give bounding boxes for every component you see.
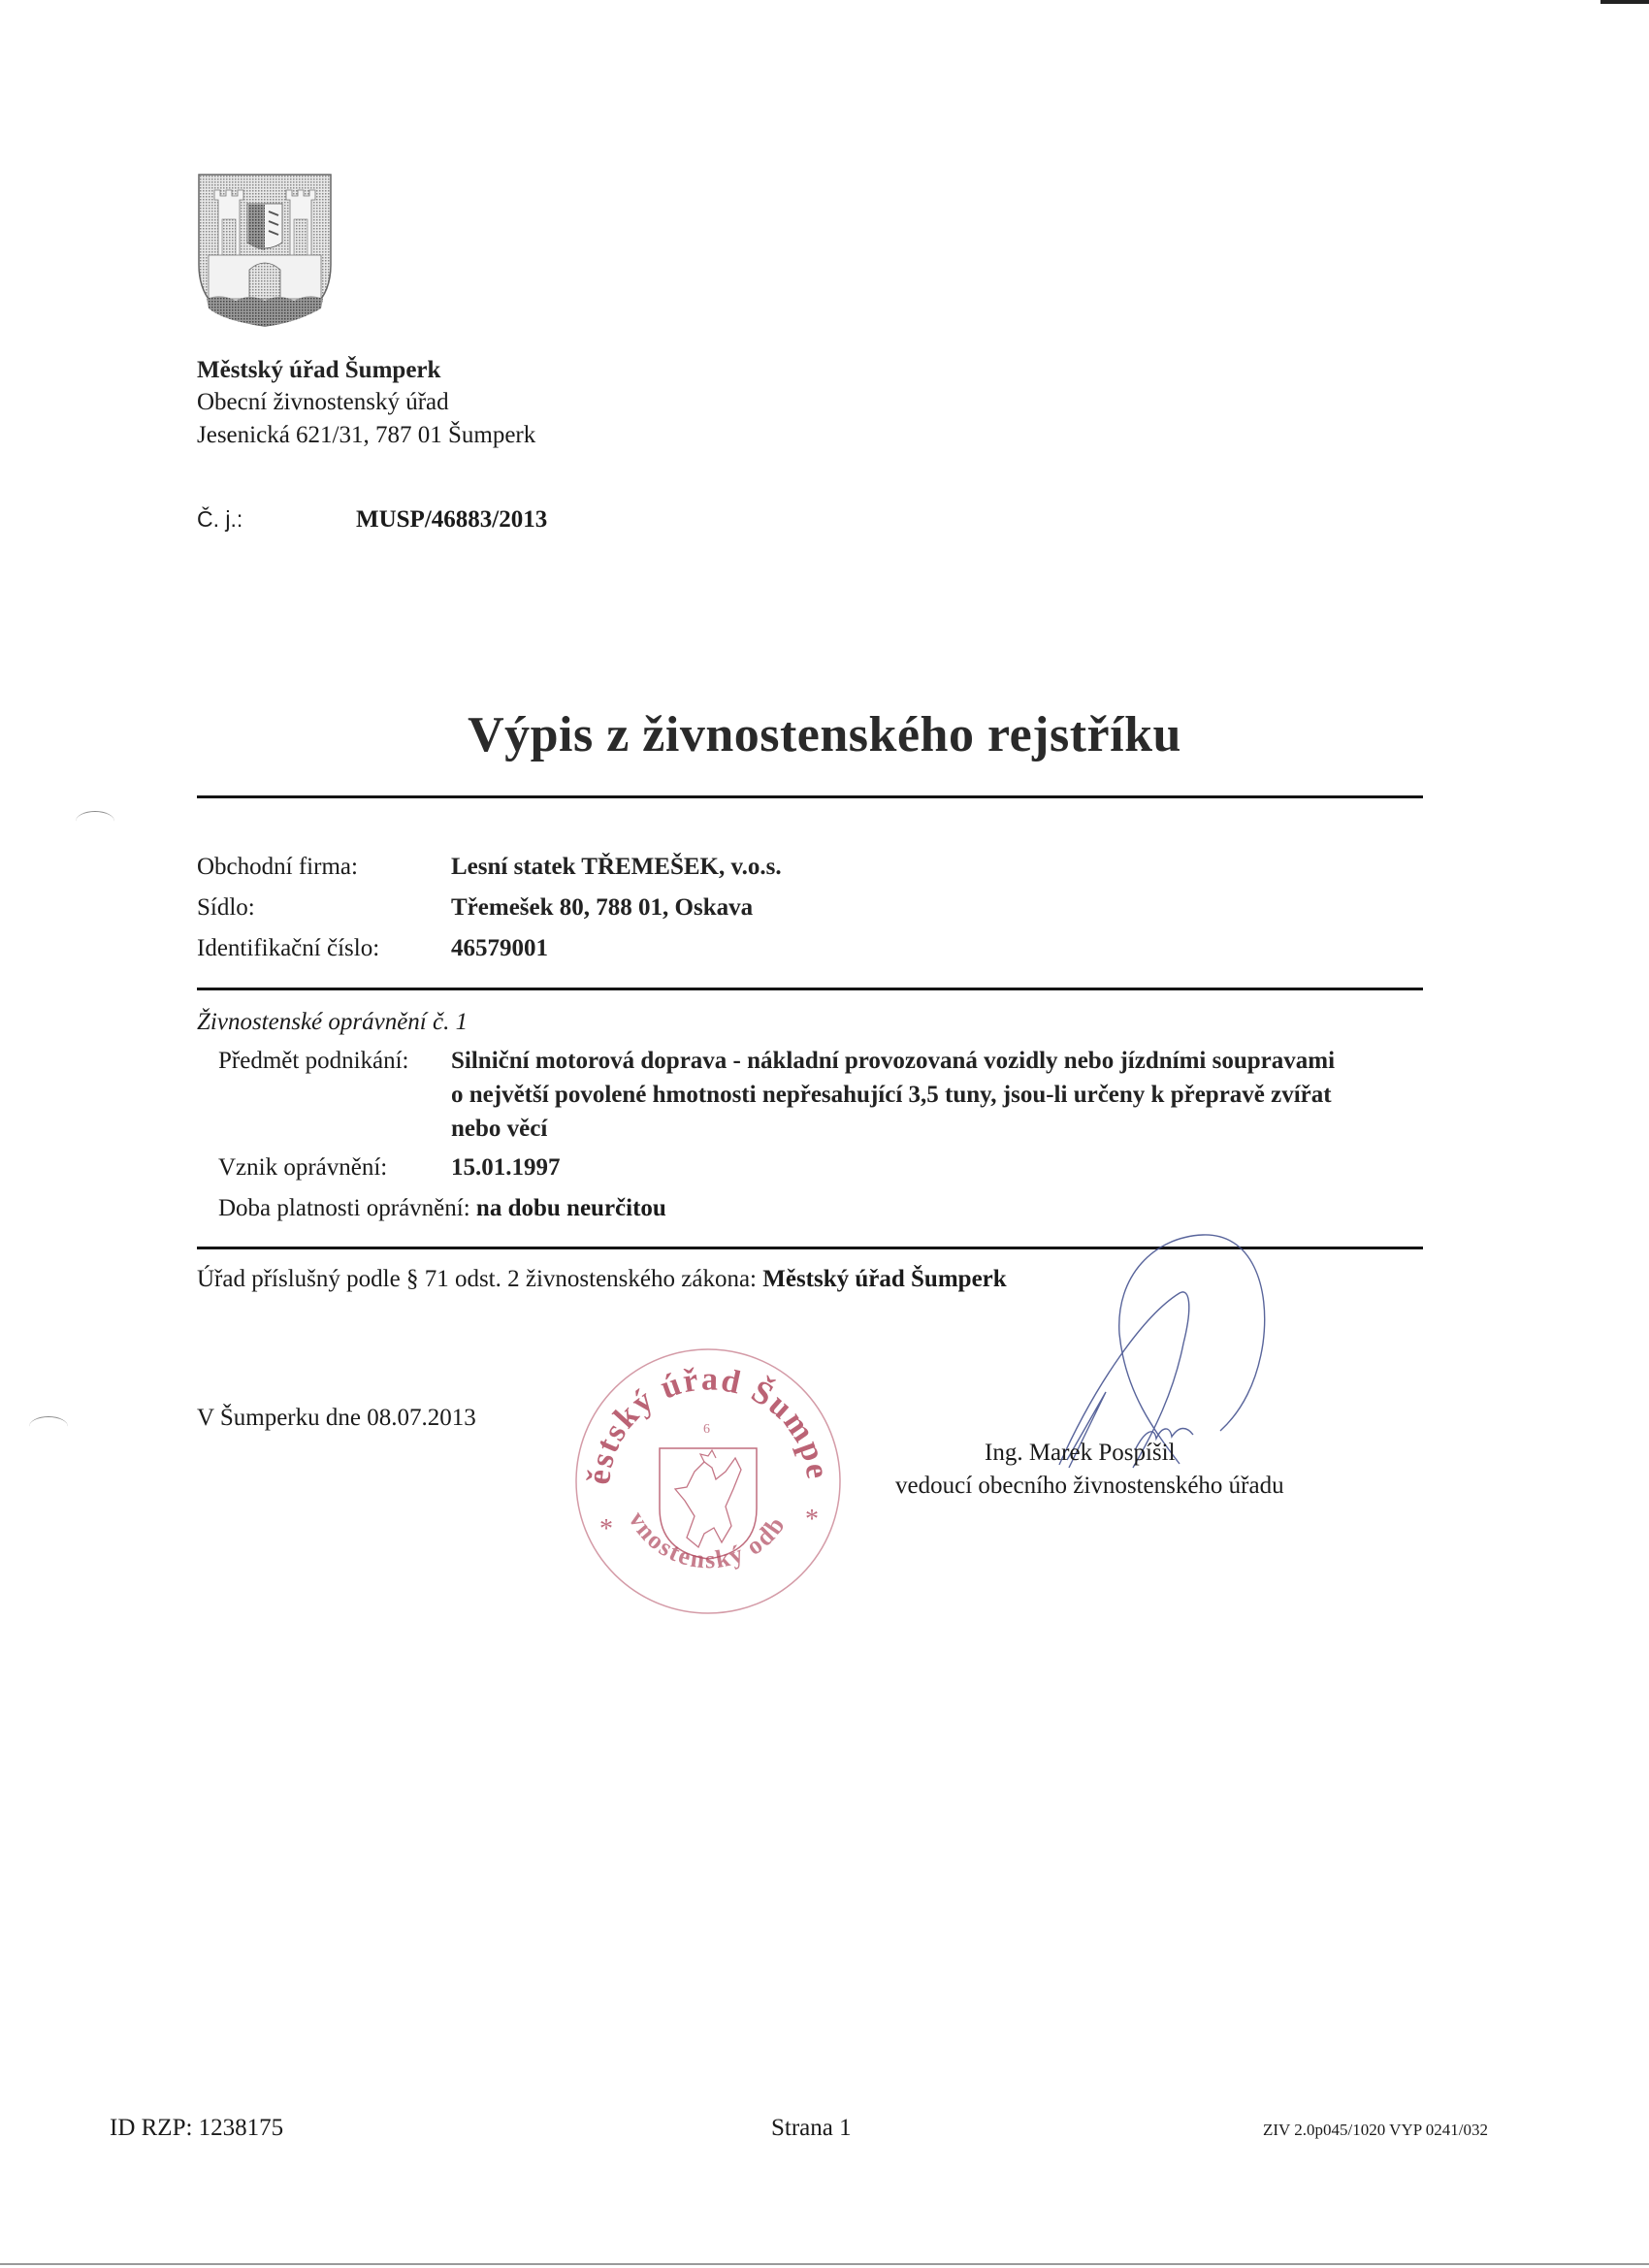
official-stamp-icon: Městský úřad Šumperk živnostenský odbor … — [570, 1344, 847, 1620]
city-coat-of-arms-icon — [197, 173, 333, 328]
company-id: 46579001 — [451, 935, 548, 962]
licence-validity-value: na dobu neurčitou — [476, 1195, 666, 1221]
scan-bottom-edge — [0, 2263, 1649, 2265]
svg-text:Městský úřad Šumperk: Městský úřad Šumperk — [570, 1344, 836, 1486]
company-seat: Třemešek 80, 788 01, Oskava — [451, 894, 753, 922]
competent-authority: Městský úřad Šumperk — [762, 1266, 1006, 1292]
issuing-department: Obecní živnostenský úřad — [197, 389, 449, 416]
competent-authority-row: Úřad příslušný podle § 71 odst. 2 živnos… — [197, 1266, 1007, 1293]
punch-hole-mark — [76, 811, 114, 831]
licence-validity-row: Doba platnosti oprávnění: na dobu neurči… — [218, 1195, 666, 1222]
punch-hole-mark — [29, 1416, 68, 1437]
reference-number-label: Č. j.: — [197, 506, 242, 533]
page-number: Strana 1 — [771, 2115, 852, 2142]
business-subject-label: Předmět podnikání: — [218, 1048, 409, 1075]
reference-number: MUSP/46883/2013 — [356, 506, 547, 534]
company-name: Lesní statek TŘEMEŠEK, v.o.s. — [451, 854, 782, 881]
issuing-office-name: Městský úřad Šumperk — [197, 357, 440, 384]
business-subject-line: o největší povolené hmotnosti nepřesahuj… — [451, 1082, 1332, 1109]
title-divider — [197, 795, 1423, 798]
svg-text:*: * — [805, 1505, 819, 1535]
form-code: ZIV 2.0p045/1020 VYP 0241/032 — [1263, 2121, 1488, 2140]
company-divider — [197, 988, 1423, 990]
company-id-label: Identifikační číslo: — [197, 935, 379, 962]
signer-role: vedoucí obecního živnostenského úřadu — [895, 1473, 1284, 1500]
svg-text:*: * — [599, 1514, 613, 1544]
issuing-office-address: Jesenická 621/31, 787 01 Šumperk — [197, 422, 535, 449]
scan-corner-mark — [1600, 0, 1649, 4]
signer-name: Ing. Marek Pospíšil — [985, 1440, 1176, 1467]
company-seat-label: Sídlo: — [197, 894, 255, 922]
licence-heading: Živnostenské oprávnění č. 1 — [197, 1009, 468, 1036]
licence-origin-label: Vznik oprávnění: — [218, 1154, 387, 1182]
svg-text:6: 6 — [703, 1422, 710, 1437]
register-id: ID RZP: 1238175 — [110, 2115, 283, 2142]
licence-origin-date: 15.01.1997 — [451, 1154, 561, 1182]
licence-validity-label: Doba platnosti oprávnění: — [218, 1195, 470, 1221]
company-name-label: Obchodní firma: — [197, 854, 358, 881]
business-subject-line: Silniční motorová doprava - nákladní pro… — [451, 1048, 1335, 1075]
competent-authority-label: Úřad příslušný podle § 71 odst. 2 živnos… — [197, 1266, 757, 1292]
place-and-date: V Šumperku dne 08.07.2013 — [197, 1405, 476, 1432]
document-title: Výpis z živnostenského rejstříku — [0, 706, 1649, 763]
business-subject-line: nebo věcí — [451, 1116, 547, 1143]
